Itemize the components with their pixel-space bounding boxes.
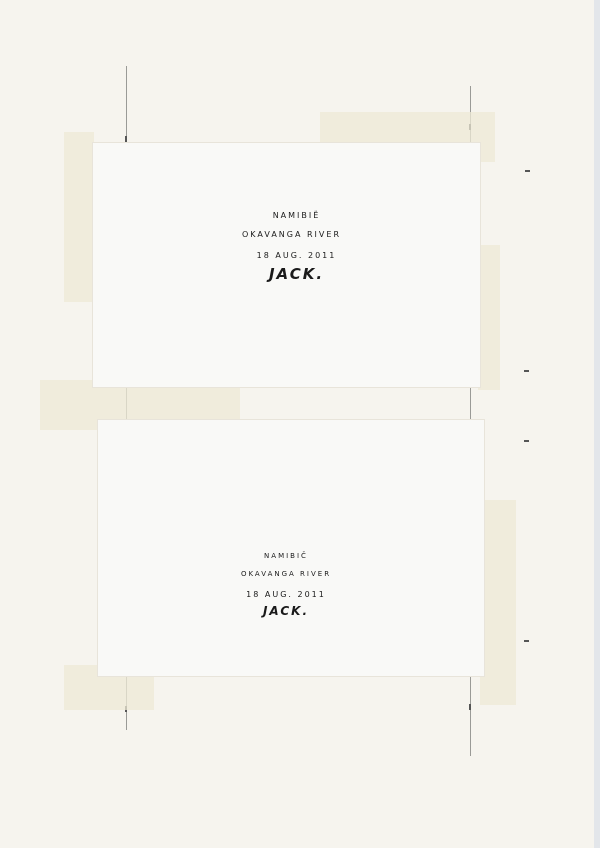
dash-mark [524, 370, 529, 372]
paper-sheet: NAMIBIË OKAVANGA RIVER 18 AUG. 2011 JACK… [0, 0, 600, 848]
label-date: 18 AUG. 2011 [113, 251, 480, 260]
specimen-label-1: NAMIBIË OKAVANGA RIVER 18 AUG. 2011 JACK… [93, 143, 480, 387]
label-country: NAMIBIË [113, 211, 480, 220]
tape-strip [480, 500, 516, 705]
label-place: OKAVANGA RIVER [103, 230, 480, 239]
label-place: OKAVANGA RIVER [88, 570, 484, 578]
label-signature: JACK. [88, 604, 484, 618]
specimen-label-2: NAMIBIČ OKAVANGA RIVER 18 AUG. 2011 JACK… [98, 420, 484, 676]
tape-strip [64, 132, 94, 302]
label-country: NAMIBIČ [88, 552, 484, 560]
label-signature: JACK. [113, 265, 480, 283]
dash-mark [524, 640, 529, 642]
dash-mark [525, 170, 530, 172]
tick-mark [125, 136, 127, 142]
tape-strip [478, 245, 500, 390]
label-date: 18 AUG. 2011 [88, 590, 484, 599]
dash-mark [524, 440, 529, 442]
tick-mark [469, 704, 471, 710]
